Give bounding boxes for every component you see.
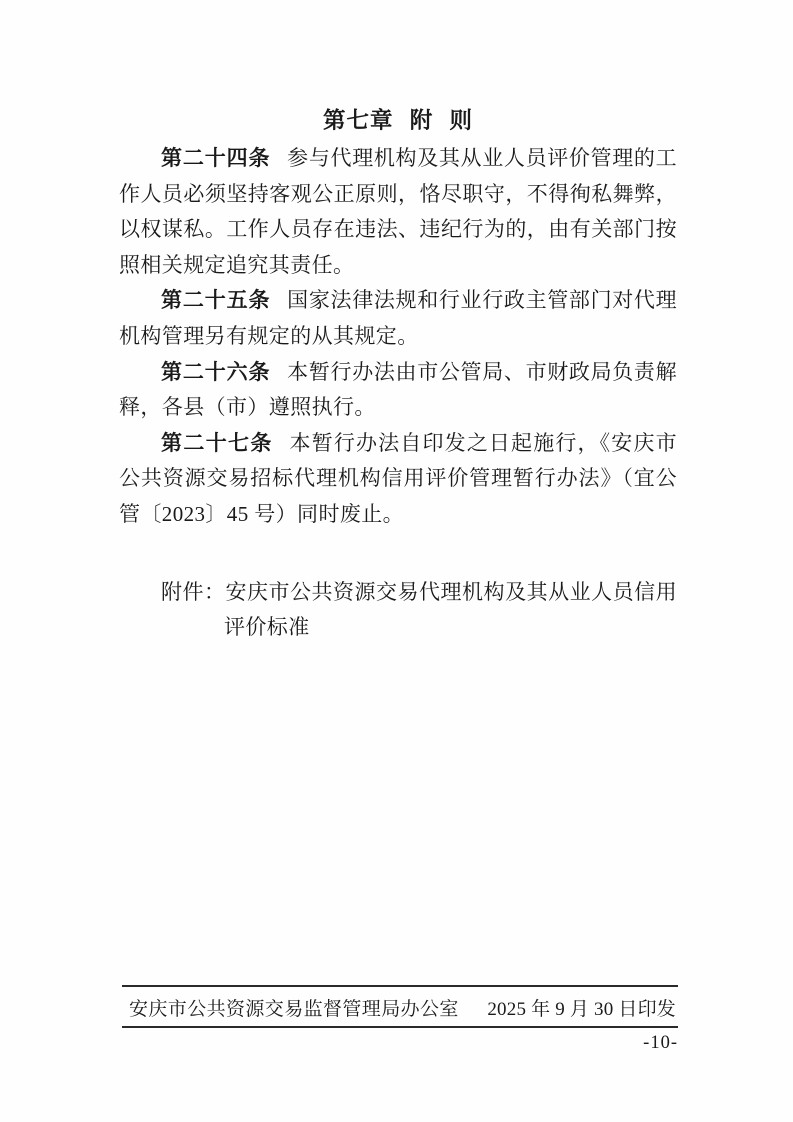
chapter-title: 第七章 附 则 <box>119 101 677 141</box>
footer-top-rule <box>122 985 678 987</box>
article-24-number: 第二十四条 <box>161 147 270 170</box>
article-26-paragraph: 第二十六条本暂行办法由市公管局、市财政局负责解释，各县（市）遵照执行。 <box>119 355 677 426</box>
footer-bottom-rule <box>122 1026 678 1028</box>
page-footer: 安庆市公共资源交易监督管理局办公室 2025 年 9 月 30 日印发 <box>122 996 678 1023</box>
attachment-label: 附件： <box>161 580 226 604</box>
footer-issuer: 安庆市公共资源交易监督管理局办公室 <box>129 996 459 1023</box>
article-25-paragraph: 第二十五条国家法律法规和行业行政主管部门对代理机构管理另有规定的从其规定。 <box>119 283 677 354</box>
article-27-paragraph: 第二十七条本暂行办法自印发之日起施行，《安庆市公共资源交易招标代理机构信用评价管… <box>119 426 677 533</box>
document-body: 第七章 附 则 第二十四条参与代理机构及其从业人员评价管理的工作人员必须坚持客观… <box>119 101 677 646</box>
attachment-note: 附件：安庆市公共资源交易代理机构及其从业人员信用评价标准 <box>119 575 677 646</box>
page-number: -10- <box>122 1031 678 1055</box>
article-27-number: 第二十七条 <box>161 432 273 455</box>
article-24-paragraph: 第二十四条参与代理机构及其从业人员评价管理的工作人员必须坚持客观公正原则，恪尽职… <box>119 141 677 283</box>
footer-print-date: 2025 年 9 月 30 日印发 <box>487 996 676 1023</box>
attachment-title: 安庆市公共资源交易代理机构及其从业人员信用评价标准 <box>224 580 677 640</box>
article-25-number: 第二十五条 <box>161 289 270 312</box>
document-page: 第七章 附 则 第二十四条参与代理机构及其从业人员评价管理的工作人员必须坚持客观… <box>0 0 793 1122</box>
article-26-number: 第二十六条 <box>161 361 270 384</box>
